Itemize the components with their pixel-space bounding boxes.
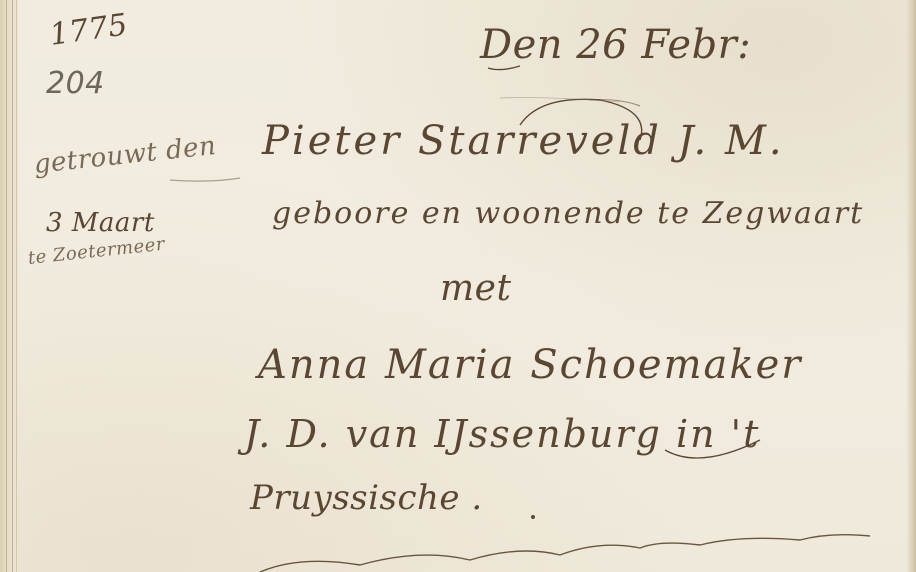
page-edge-line bbox=[12, 0, 13, 572]
entry-date: Den 26 Febr: bbox=[480, 22, 751, 68]
bride-details-continued: Pruyssische . bbox=[250, 478, 483, 518]
conjunction-met: met bbox=[440, 268, 511, 309]
page-edge-line bbox=[6, 0, 7, 572]
margin-note-married: getrouwt den bbox=[32, 131, 217, 180]
page-right-edge bbox=[906, 0, 916, 572]
groom-origin: geboore en woonende te Zegwaart bbox=[272, 196, 864, 231]
groom-name: Pieter Starreveld J. M. bbox=[262, 118, 785, 164]
record-number-pencil: 204 bbox=[46, 66, 105, 101]
bride-details: J. D. van IJssenburg in 't bbox=[244, 412, 760, 456]
page-edge-line bbox=[16, 0, 17, 572]
document-page: 1775 204 getrouwt den 3 Maart te Zoeterm… bbox=[0, 0, 916, 572]
record-number-ink: 1775 bbox=[48, 7, 130, 53]
margin-note-date: 3 Maart bbox=[46, 208, 155, 238]
margin-note-place: te Zoetermeer bbox=[27, 234, 166, 269]
bride-name: Anna Maria Schoemaker bbox=[258, 342, 802, 388]
